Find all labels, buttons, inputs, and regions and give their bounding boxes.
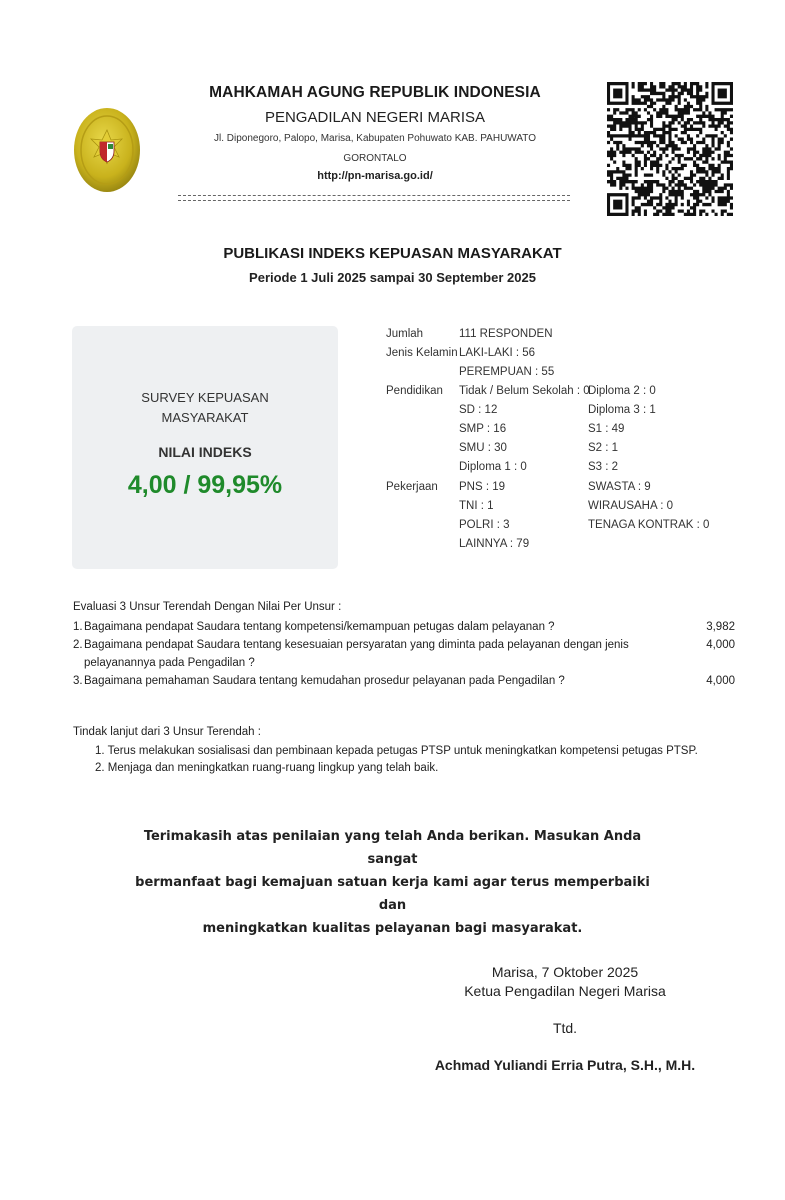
header-divider	[178, 195, 570, 201]
header-subtitle: PENGADILAN NEGERI MARISA	[170, 109, 580, 126]
education-item: Diploma 2 : 0	[588, 385, 656, 397]
job-label: Pekerjaan	[386, 481, 438, 493]
evaluation-item-text: Bagaimana pendapat Saudara tentang kompe…	[82, 618, 738, 636]
follow-up-item: 1. Terus melakukan sosialisasi dan pembi…	[73, 743, 698, 760]
job-item: PNS : 19	[459, 481, 505, 493]
header-title: MAHKAMAH AGUNG REPUBLIK INDONESIA	[170, 84, 580, 102]
document-title: PUBLIKASI INDEKS KEPUASAN MASYARAKAT	[120, 245, 665, 262]
evaluation-item: 1. Bagaimana pendapat Saudara tentang ko…	[73, 618, 738, 636]
signature-role: Ketua Pengadilan Negeri Marisa	[410, 983, 720, 999]
header-address: Jl. Diponegoro, Palopo, Marisa, Kabupate…	[170, 133, 580, 144]
job-item: TNI : 1	[459, 500, 494, 512]
header-province: GORONTALO	[170, 153, 580, 164]
education-item: S2 : 1	[588, 442, 618, 454]
evaluation-item-value: 3,982	[706, 618, 735, 636]
job-item: WIRAUSAHA : 0	[588, 500, 673, 512]
evaluation-item-text: Bagaimana pemahaman Saudara tentang kemu…	[82, 672, 738, 690]
document-period: Periode 1 Juli 2025 sampai 30 September …	[120, 270, 665, 285]
index-value: 4,00 / 99,95%	[72, 471, 338, 500]
follow-up-heading: Tindak lanjut dari 3 Unsur Terendah :	[73, 726, 698, 738]
gender-female: PEREMPUAN : 55	[459, 366, 554, 378]
thank-you-line: meningkatkan kualitas pelayanan bagi mas…	[130, 917, 655, 940]
court-emblem-icon	[72, 106, 142, 194]
jumlah-label: Jumlah	[386, 328, 423, 340]
survey-label-line1: SURVEY KEPUASAN	[72, 388, 338, 408]
gender-label: Jenis Kelamin	[386, 347, 458, 359]
follow-up-item: 2. Menjaga dan meningkatkan ruang-ruang …	[73, 760, 698, 777]
job-item: TENAGA KONTRAK : 0	[588, 519, 709, 531]
job-item: POLRI : 3	[459, 519, 510, 531]
signature-place-date: Marisa, 7 Oktober 2025	[410, 964, 720, 980]
education-item: Tidak / Belum Sekolah : 0	[459, 385, 590, 397]
signature-name: Achmad Yuliandi Erria Putra, S.H., M.H.	[410, 1057, 720, 1073]
evaluation-item-value: 4,000	[706, 672, 735, 690]
education-item: S1 : 49	[588, 423, 624, 435]
follow-up-section: Tindak lanjut dari 3 Unsur Terendah : 1.…	[73, 726, 698, 777]
education-item: S3 : 2	[588, 461, 618, 473]
signature-ttd: Ttd.	[410, 1020, 720, 1036]
education-item: Diploma 3 : 1	[588, 404, 656, 416]
thank-you-line: Terimakasih atas penilaian yang telah An…	[130, 825, 655, 871]
index-summary-card: SURVEY KEPUASAN MASYARAKAT NILAI INDEKS …	[72, 326, 338, 569]
evaluation-item-number: 2.	[73, 636, 82, 672]
education-label: Pendidikan	[386, 385, 443, 397]
header-url-link[interactable]: http://pn-marisa.go.id/	[170, 170, 580, 182]
education-item: Diploma 1 : 0	[459, 461, 527, 473]
job-item: SWASTA : 9	[588, 481, 651, 493]
education-item: SMU : 30	[459, 442, 507, 454]
evaluation-item-number: 1.	[73, 618, 82, 636]
gender-male: LAKI-LAKI : 56	[459, 347, 535, 359]
jumlah-value: 111 RESPONDEN	[459, 328, 553, 340]
index-label: NILAI INDEKS	[72, 444, 338, 460]
thank-you-message: Terimakasih atas penilaian yang telah An…	[130, 825, 655, 940]
job-item: LAINNYA : 79	[459, 538, 529, 550]
education-item: SMP : 16	[459, 423, 506, 435]
thank-you-line: bermanfaat bagi kemajuan satuan kerja ka…	[130, 871, 655, 917]
evaluation-item: 2. Bagaimana pendapat Saudara tentang ke…	[73, 636, 738, 672]
survey-label-line2: MASYARAKAT	[72, 408, 338, 428]
evaluation-item-number: 3.	[73, 672, 82, 690]
evaluation-heading: Evaluasi 3 Unsur Terendah Dengan Nilai P…	[73, 601, 738, 613]
qr-code-icon	[607, 82, 733, 216]
evaluation-item-text: Bagaimana pendapat Saudara tentang keses…	[82, 636, 738, 672]
evaluation-item: 3. Bagaimana pemahaman Saudara tentang k…	[73, 672, 738, 690]
education-item: SD : 12	[459, 404, 497, 416]
evaluation-item-value: 4,000	[706, 636, 735, 654]
survey-label: SURVEY KEPUASAN MASYARAKAT	[72, 388, 338, 428]
evaluation-section: Evaluasi 3 Unsur Terendah Dengan Nilai P…	[73, 601, 738, 690]
